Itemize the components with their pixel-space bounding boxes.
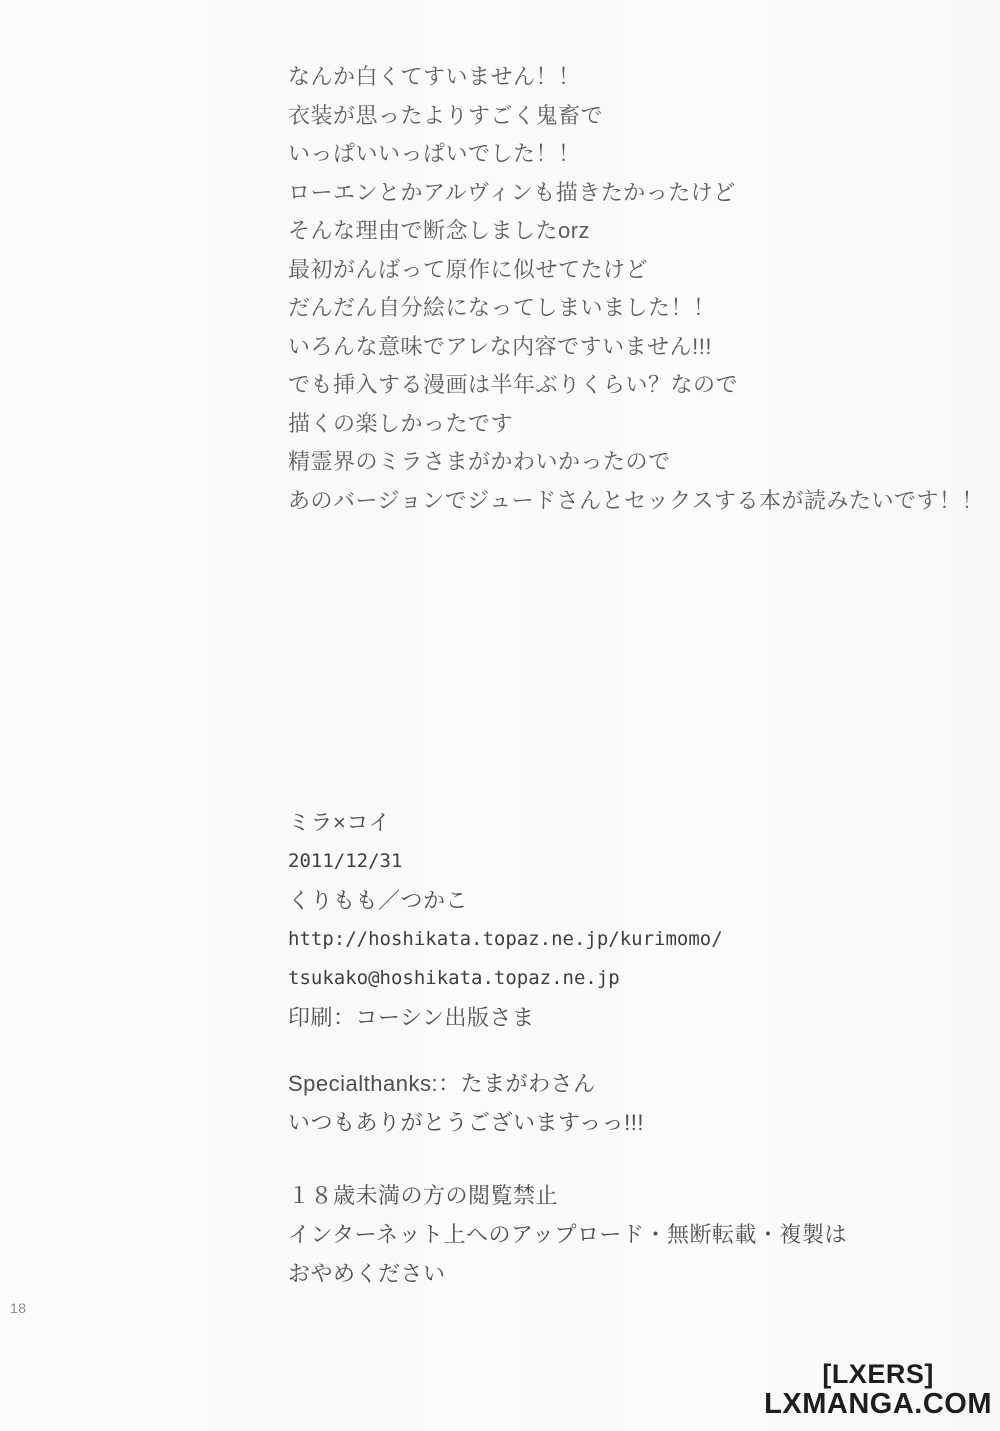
afterword-line: なんか白くてすいません！！ xyxy=(288,58,984,97)
afterword-line: いっぱいいっぱいでした！！ xyxy=(288,135,984,174)
doujin-title: ミラ×コイ xyxy=(288,803,723,842)
afterword-line: 精霊界のミラさまがかわいかったので xyxy=(288,443,984,482)
printer-credit: 印刷：コーシン出版さま xyxy=(288,998,723,1037)
afterword-line: あのバージョンでジュードさんとセックスする本が読みたいです！！ xyxy=(288,482,984,521)
special-thanks-line: いつもありがとうございますっっ!!! xyxy=(288,1103,644,1142)
age-restriction-notice: １８歳未満の方の閲覧禁止 xyxy=(288,1176,847,1215)
afterword-line: いろんな意味でアレな内容ですいません!!! xyxy=(288,328,984,367)
scanned-afterword-page: なんか白くてすいません！！ 衣装が思ったよりすごく鬼畜で いっぱいいっぱいでした… xyxy=(0,0,1000,1431)
no-upload-notice: インターネット上へのアップロード・無断転載・複製は xyxy=(288,1215,847,1254)
afterword-line: だんだん自分絵になってしまいました！！ xyxy=(288,289,984,328)
website-url: http://hoshikata.topaz.ne.jp/kurimomo/ xyxy=(288,920,723,959)
watermark-tag: [LXERS] xyxy=(764,1360,992,1388)
no-upload-notice-cont: おやめください xyxy=(288,1254,847,1293)
watermark-domain: LXMANGA.COM xyxy=(764,1389,992,1419)
disclaimer-block: １８歳未満の方の閲覧禁止 インターネット上へのアップロード・無断転載・複製は お… xyxy=(288,1176,847,1293)
afterword-line: ローエンとかアルヴィンも描きたかったけど xyxy=(288,174,984,213)
afterword-line: そんな理由で断念しましたorz xyxy=(288,212,984,251)
afterword-text-block: なんか白くてすいません！！ 衣装が思ったよりすごく鬼畜で いっぱいいっぱいでした… xyxy=(288,58,984,520)
page-number: 18 xyxy=(10,1300,27,1316)
site-watermark: [LXERS] LXMANGA.COM xyxy=(764,1360,992,1419)
afterword-line: 描くの楽しかったです xyxy=(288,405,984,444)
special-thanks-line: Specialthanks:：たまがわさん xyxy=(288,1064,644,1103)
credits-block: ミラ×コイ 2011/12/31 くりもも／つかこ http://hoshika… xyxy=(288,803,723,1037)
afterword-line: でも挿入する漫画は半年ぶりくらい？なので xyxy=(288,366,984,405)
afterword-line: 衣装が思ったよりすごく鬼畜で xyxy=(288,97,984,136)
release-date: 2011/12/31 xyxy=(288,842,723,881)
artist-names: くりもも／つかこ xyxy=(288,881,723,920)
afterword-line: 最初がんばって原作に似せてたけど xyxy=(288,251,984,290)
email-address: tsukako@hoshikata.topaz.ne.jp xyxy=(288,959,723,998)
special-thanks-block: Specialthanks:：たまがわさん いつもありがとうございますっっ!!! xyxy=(288,1064,644,1142)
